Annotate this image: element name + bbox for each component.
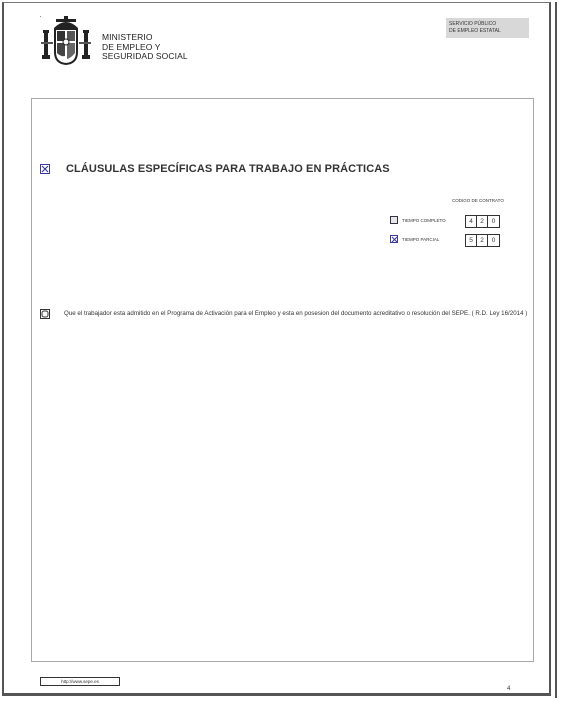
clause-text: Que el trabajador esta admitido en el Pr… <box>64 310 532 319</box>
contract-code-label: CODIGO DE CONTRATO <box>452 198 504 203</box>
code-digit: 4 <box>466 216 477 227</box>
code-digit: 2 <box>477 235 488 246</box>
checkmark-x-icon <box>41 165 49 173</box>
section-title: CLÁUSULAS ESPECÍFICAS PARA TRABAJO EN PR… <box>66 163 390 175</box>
contract-code: 4 2 0 <box>465 215 500 228</box>
form-content-box <box>31 98 534 662</box>
code-digit: 0 <box>488 235 499 246</box>
empty-box-icon <box>41 310 49 318</box>
option-label: TIEMPO COMPLETO <box>402 218 446 223</box>
spain-coat-of-arms-icon <box>40 16 92 68</box>
option-label: TIEMPO PARCIAL <box>402 237 439 242</box>
contract-code: 5 2 0 <box>465 234 500 247</box>
code-digit: 2 <box>477 216 488 227</box>
clause-checkbox[interactable] <box>40 309 50 319</box>
tiempo-completo-checkbox[interactable] <box>390 216 398 224</box>
footer-url[interactable]: http://www.sepe.es <box>40 677 120 686</box>
code-digit: 5 <box>466 235 477 246</box>
code-digit: 0 <box>488 216 499 227</box>
page-number: 4 <box>507 686 510 692</box>
tiempo-parcial-checkbox[interactable] <box>390 235 398 243</box>
agency-label: SERVICIO PÚBLICO DE EMPLEO ESTATAL <box>446 18 529 38</box>
agency-line: DE EMPLEO ESTATAL <box>449 28 529 35</box>
page-frame-shadow <box>555 2 557 698</box>
section-checkbox[interactable] <box>40 164 50 174</box>
ministry-name: MINISTERIO DE EMPLEO Y SEGURIDAD SOCIAL <box>102 33 188 62</box>
ministry-line: SEGURIDAD SOCIAL <box>102 52 188 62</box>
checkmark-x-icon <box>391 236 398 243</box>
